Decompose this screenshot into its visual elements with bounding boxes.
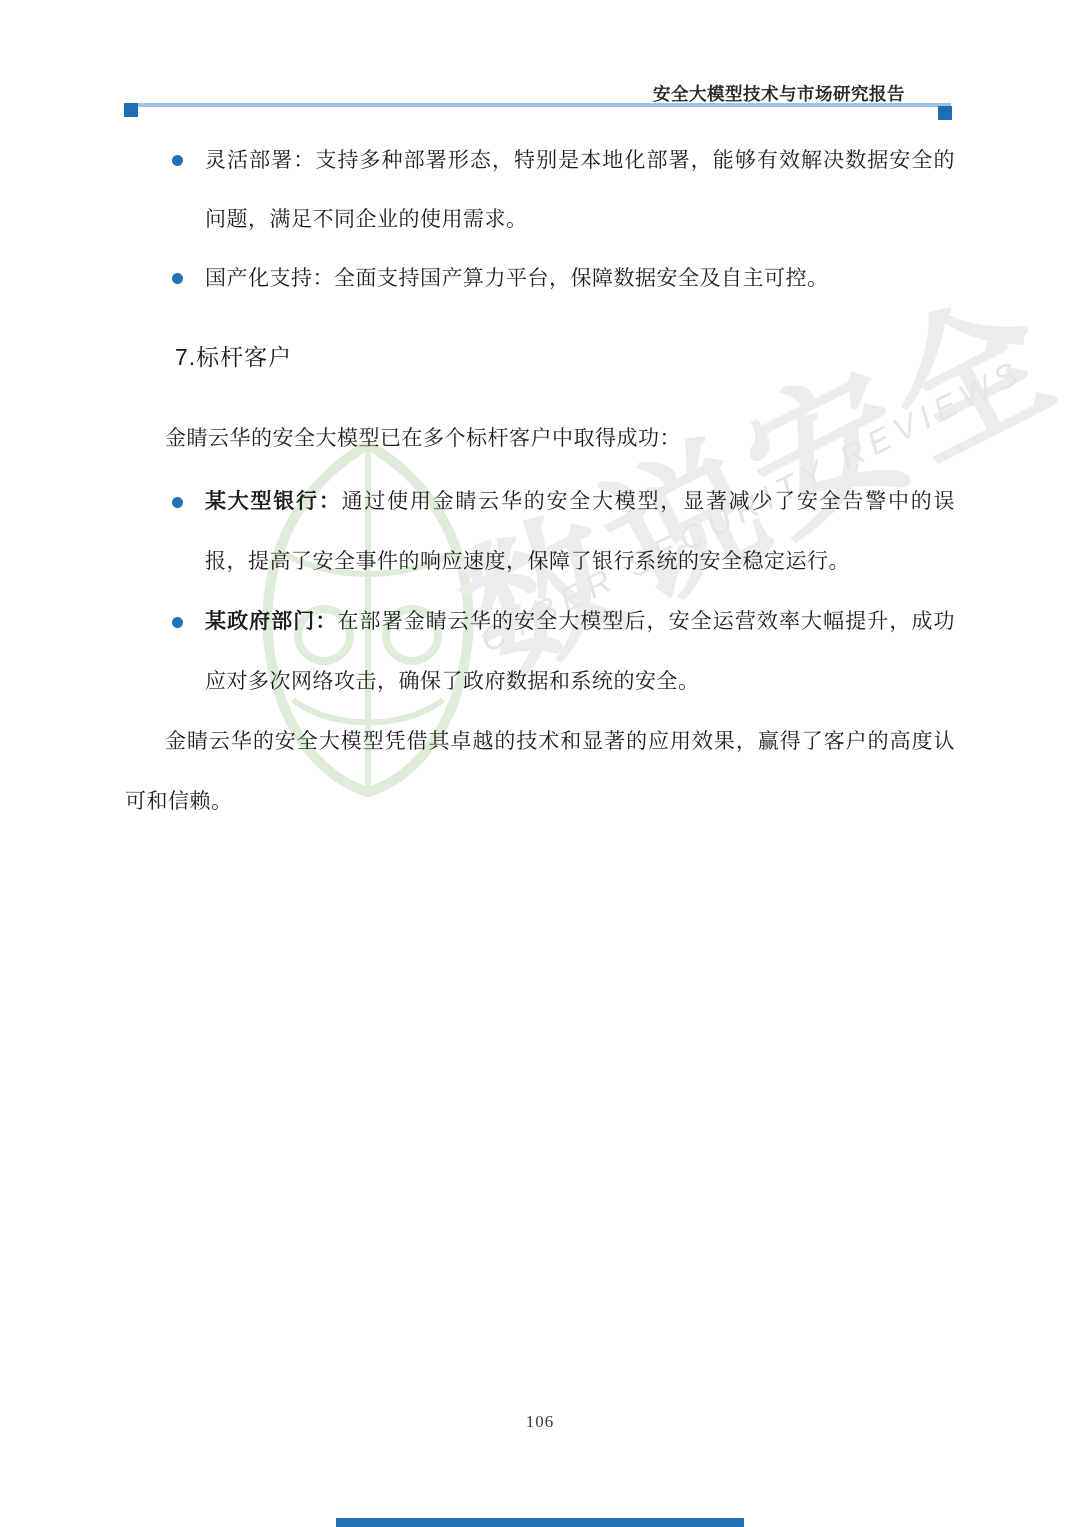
bullet-text: 灵活部署：支持多种部署形态，特别是本地化部署，能够有效解决数据安全的问题，满足不…: [205, 149, 955, 231]
bullet-dot-icon: [172, 155, 183, 166]
list-item: 国产化支持：全面支持国产算力平台，保障数据安全及自主可控。: [125, 249, 955, 308]
customer-name-bold: 某政府部门：: [205, 610, 337, 633]
intro-paragraph: 金睛云华的安全大模型已在多个标杆客户中取得成功：: [125, 409, 955, 468]
header-rule-right-square: [938, 106, 952, 120]
list-item: 灵活部署：支持多种部署形态，特别是本地化部署，能够有效解决数据安全的问题，满足不…: [125, 131, 955, 249]
customer-name-bold: 某大型银行：: [205, 490, 342, 513]
list-item: 某大型银行：通过使用金睛云华的安全大模型，显著减少了安全告警中的误报，提高了安全…: [125, 472, 955, 592]
header-rule: [125, 103, 951, 107]
page-content: 灵活部署：支持多种部署形态，特别是本地化部署，能够有效解决数据安全的问题，满足不…: [125, 131, 955, 832]
customer-bullet-list: 某大型银行：通过使用金睛云华的安全大模型，显著减少了安全告警中的误报，提高了安全…: [125, 472, 955, 712]
closing-paragraph: 金睛云华的安全大模型凭借其卓越的技术和显著的应用效果，赢得了客户的高度认可和信赖…: [125, 712, 955, 832]
bullet-dot-icon: [172, 497, 183, 508]
bullet-dot-icon: [172, 617, 183, 628]
page-number: 106: [0, 1412, 1080, 1432]
feature-bullet-list: 灵活部署：支持多种部署形态，特别是本地化部署，能够有效解决数据安全的问题，满足不…: [125, 131, 955, 308]
header-rule-left-square: [124, 103, 138, 117]
report-page: 数说安全 CYBER SECURITY REVIEWS 安全大模型技术与市场研究…: [0, 0, 1080, 1527]
list-item: 某政府部门：在部署金睛云华的安全大模型后，安全运营效率大幅提升，成功应对多次网络…: [125, 592, 955, 712]
bullet-dot-icon: [172, 273, 183, 284]
footer-accent-bar: [336, 1518, 744, 1527]
section-heading: 7.标杆客户: [125, 328, 955, 386]
bullet-text: 国产化支持：全面支持国产算力平台，保障数据安全及自主可控。: [205, 267, 829, 290]
